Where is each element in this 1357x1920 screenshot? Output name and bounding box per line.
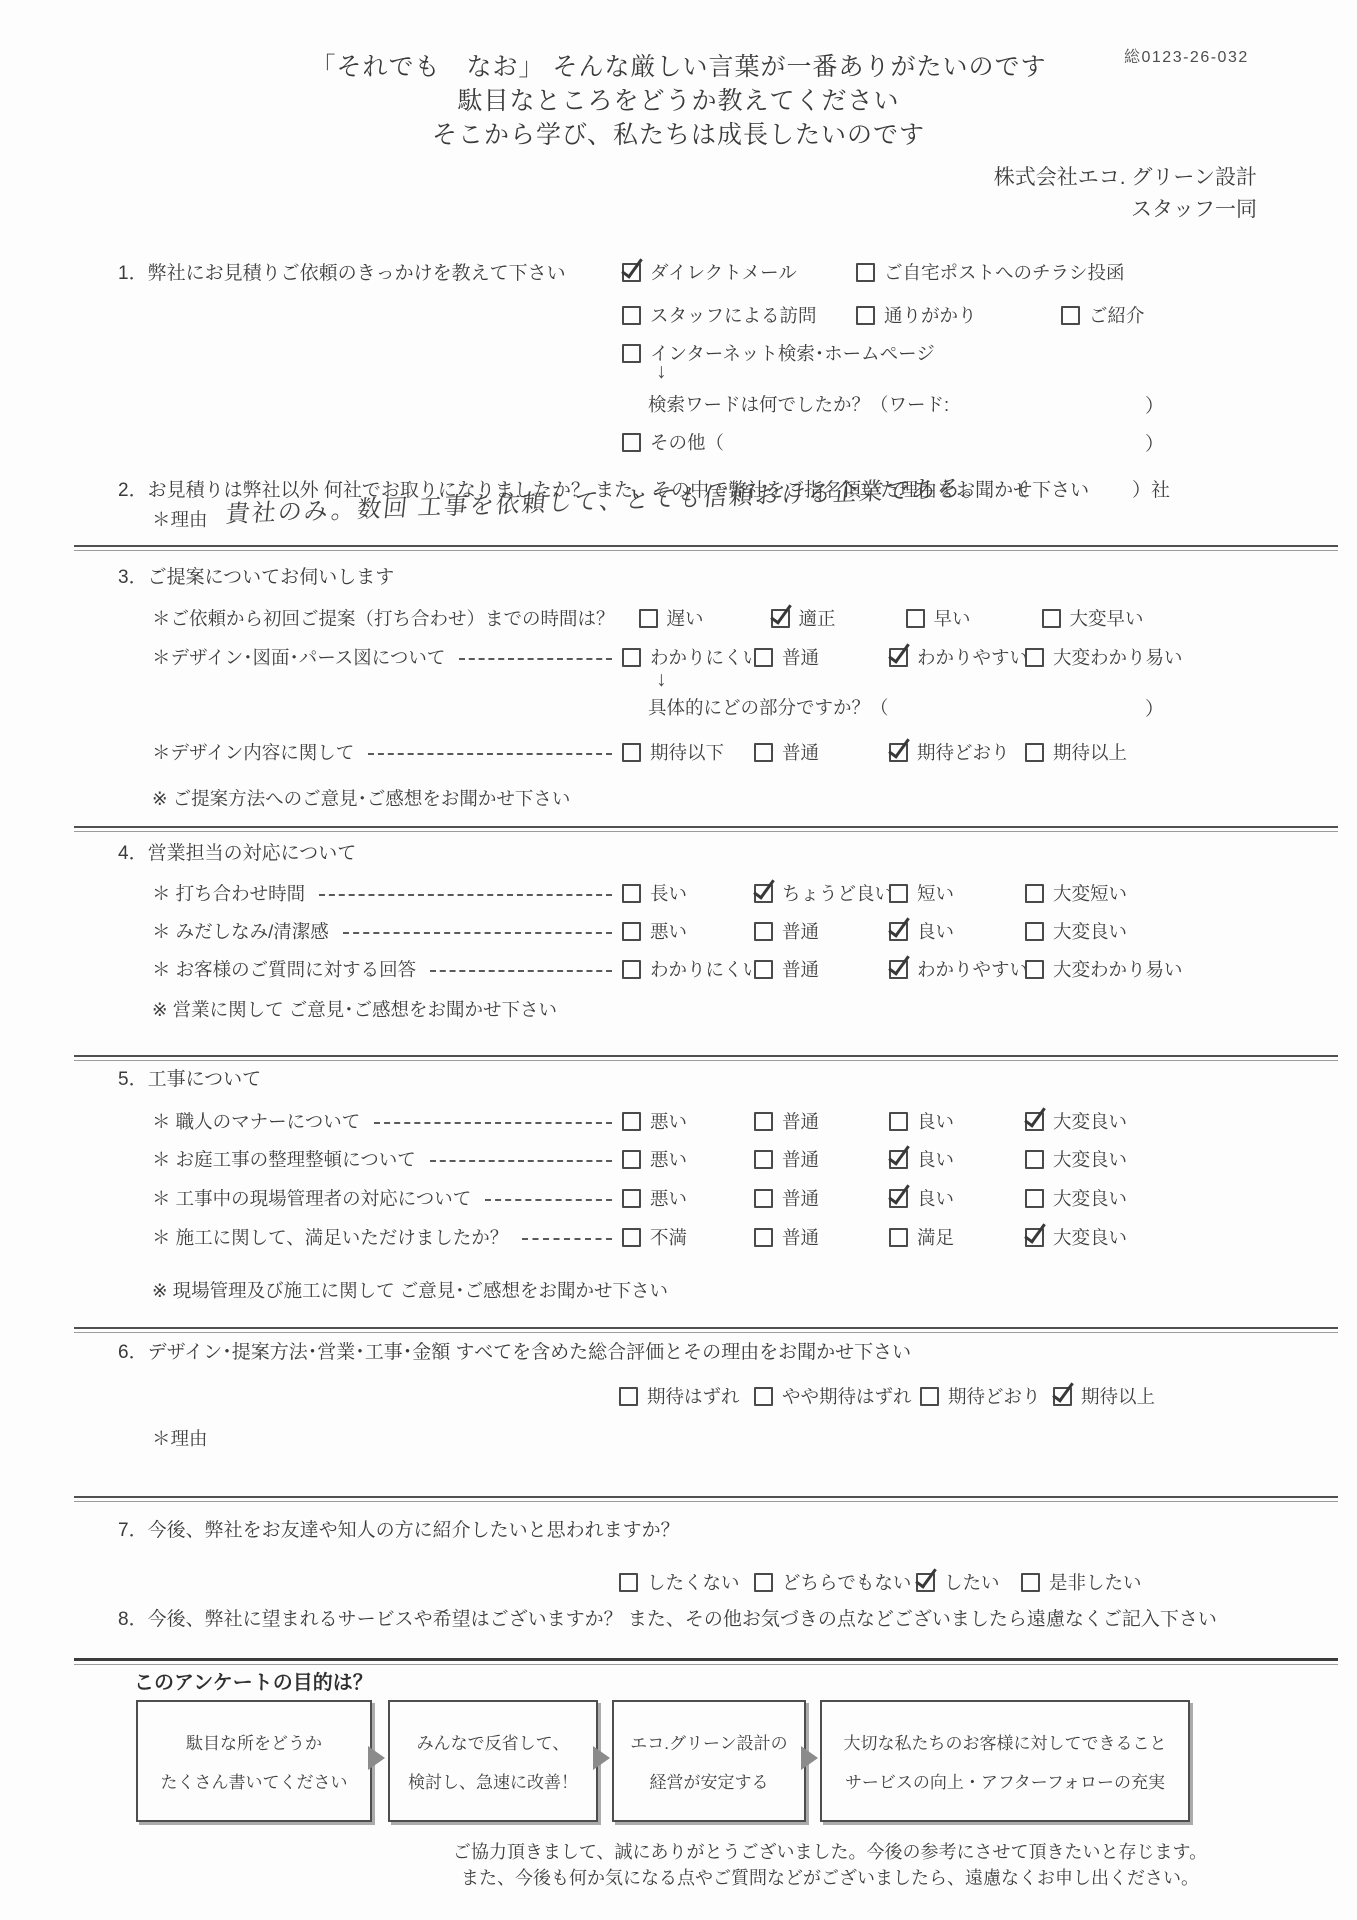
q5-r1-option-3[interactable]: 良い (889, 1108, 1025, 1134)
checkbox-icon[interactable] (622, 1112, 641, 1131)
checkbox-icon[interactable] (889, 743, 908, 762)
checkbox-icon[interactable] (754, 1387, 773, 1406)
option-label: 普通 (782, 956, 819, 982)
dotted-leader (522, 1226, 612, 1240)
q3-r1-option-2[interactable]: 適正 (771, 605, 906, 631)
dotted-leader (430, 958, 612, 972)
q8-title: 8．今後、弊社に望まれるサービスや希望はございますか？ また、その他お気づきの点… (118, 1604, 1217, 1631)
q3-detail-label: 具体的にどの部分ですか？（ (648, 694, 889, 720)
option-label: どちらでもない (782, 1569, 911, 1595)
row-label: ＊ 打ち合わせ時間 (152, 880, 305, 906)
checkbox-icon[interactable] (754, 1573, 773, 1592)
q3-r3-option-3[interactable]: 期待どおり (889, 739, 1025, 765)
checkbox-icon[interactable] (622, 344, 641, 363)
checkbox-icon[interactable] (1025, 743, 1044, 762)
dotted-leader (368, 741, 612, 755)
purpose-box-2: みんなで反省して、 検討し、急速に改善！ (388, 1700, 598, 1822)
flow-arrow-icon (801, 1746, 818, 1770)
survey-page: 総0123-26-032 「それでも なお」 そんな厳しい言葉が一番ありがたいの… (0, 0, 1357, 1920)
q4-r2-option-3[interactable]: 良い (889, 918, 1025, 944)
dotted-leader (319, 882, 612, 896)
option-label: 不満 (650, 1224, 687, 1250)
purpose-box-4-line-2: サービスの向上・アフターフォローの充実 (822, 1768, 1188, 1793)
checkbox-icon[interactable] (889, 960, 908, 979)
q3-r3-option-4[interactable]: 期待以上 (1025, 739, 1344, 765)
section-divider (74, 545, 1338, 551)
checkbox-icon[interactable] (754, 648, 773, 667)
purpose-title: このアンケートの目的は？ (134, 1666, 373, 1695)
option-label: わかりにくい (650, 644, 761, 670)
purpose-box-1-line-2: たくさん書いてください (138, 1768, 370, 1793)
checkbox-icon[interactable] (1021, 1573, 1040, 1592)
option-label: 大変良い (1053, 1146, 1127, 1172)
q7-title: 7．今後、弊社をお友達や知人の方に紹介したいと思われますか？ (118, 1515, 680, 1542)
q4-row-answers: ＊ お客様のご質問に対する回答 わかりにくい 普通 わかりやすい 大変わかり易い (152, 956, 1344, 982)
row-label: ＊ 職人のマナーについて (152, 1108, 360, 1134)
q5-r1-option-2[interactable]: 普通 (754, 1108, 889, 1134)
option-label: 遅い (667, 605, 704, 631)
q5-row-manners: ＊ 職人のマナーについて 悪い 普通 良い 大変良い (152, 1108, 1344, 1134)
q5-row-tidiness: ＊ お庭工事の整理整頓について 悪い 普通 良い 大変良い (152, 1146, 1344, 1172)
checkbox-icon[interactable] (622, 1228, 641, 1247)
q5-r4-option-4[interactable]: 大変良い (1025, 1224, 1344, 1250)
option-label: 期待以下 (650, 739, 724, 765)
q3-r1-option-3[interactable]: 早い (906, 605, 1042, 631)
purpose-box-3-line-1: エコ.グリーン設計の (614, 1729, 804, 1754)
row-label: ＊ みだしなみ/清潔感 (152, 918, 329, 944)
section-divider (74, 1327, 1338, 1333)
dotted-leader (430, 1148, 612, 1162)
q3-r1-option-4[interactable]: 大変早い (1042, 605, 1357, 631)
q6-option-1[interactable]: 期待はずれ (619, 1383, 754, 1409)
header-line-1: 「それでも なお」 そんな厳しい言葉が一番ありがたいのです (0, 50, 1357, 84)
q2-reason-label: ＊理由 (152, 506, 208, 532)
q3-r2-option-2[interactable]: 普通 (754, 644, 889, 670)
q4-r2-option-1[interactable]: 悪い (622, 918, 754, 944)
q4-r2-option-4[interactable]: 大変良い (1025, 918, 1344, 944)
q1-option-staff-visit[interactable]: スタッフによる訪問 (622, 302, 817, 328)
option-label: 普通 (782, 1146, 819, 1172)
q6-option-2[interactable]: やや期待はずれ (754, 1383, 920, 1409)
q6-title: 6．デザイン･提案方法･営業･工事･金額 すべてを含めた総合評価とその理由をお聞… (118, 1337, 911, 1364)
q3-row-design-drawings: ＊デザイン･図面･パース図について わかりにくい 普通 わかりやすい 大変わかり… (152, 644, 1344, 670)
q5-r3-option-3[interactable]: 良い (889, 1185, 1025, 1211)
option-label: 通りがかり (884, 302, 977, 328)
q1-other-blank[interactable]: ） (1145, 429, 1164, 456)
company-staff: スタッフ一同 (994, 194, 1257, 226)
option-label: 大変短い (1053, 880, 1127, 906)
option-label: 悪い (650, 1146, 687, 1172)
option-label: 大変良い (1053, 1108, 1127, 1134)
option-label: 普通 (782, 1224, 819, 1250)
q7-option-4[interactable]: 是非したい (1021, 1569, 1142, 1595)
checkbox-icon[interactable] (754, 1112, 773, 1131)
option-label: わかりやすい (917, 956, 1028, 982)
checkbox-icon[interactable] (754, 1150, 773, 1169)
q3-r2-option-3[interactable]: わかりやすい (889, 644, 1025, 670)
q4-title: 4．営業担当の対応について (118, 838, 356, 865)
q4-row-meeting-time: ＊ 打ち合わせ時間 長い ちょうど良い 短い 大変短い (152, 880, 1344, 906)
option-label: 早い (934, 605, 971, 631)
checkbox-icon[interactable] (754, 1228, 773, 1247)
q4-r3-option-2[interactable]: 普通 (754, 956, 889, 982)
checkbox-icon[interactable] (622, 1189, 641, 1208)
checkbox-icon[interactable] (754, 1189, 773, 1208)
down-arrow-icon: ↓ (656, 668, 667, 692)
option-label: ダイレクトメール (650, 259, 797, 285)
option-label: 良い (917, 1108, 954, 1134)
row-label: ＊ お客様のご質問に対する回答 (152, 956, 416, 982)
checkbox-icon[interactable] (619, 1573, 638, 1592)
checkbox-icon[interactable] (889, 1189, 908, 1208)
checkbox-icon[interactable] (856, 263, 875, 282)
option-label: ご紹介 (1089, 302, 1145, 328)
checkbox-icon[interactable] (622, 960, 641, 979)
dotted-leader (485, 1187, 612, 1201)
checkbox-icon[interactable] (1025, 1112, 1044, 1131)
q4-r1-option-4[interactable]: 大変短い (1025, 880, 1344, 906)
option-label: 普通 (782, 739, 819, 765)
option-label: やや期待はずれ (782, 1383, 912, 1409)
q5-title: 5．工事について (118, 1064, 261, 1091)
checkbox-icon[interactable] (754, 743, 773, 762)
option-label: インターネット検索･ホームページ (650, 340, 935, 366)
q4-r2-option-2[interactable]: 普通 (754, 918, 889, 944)
checkbox-icon[interactable] (622, 306, 641, 325)
checkbox-icon[interactable] (1025, 1189, 1044, 1208)
q5-r1-option-4[interactable]: 大変良い (1025, 1108, 1344, 1134)
checkbox-icon[interactable] (889, 648, 908, 667)
q1-option-other[interactable]: その他（ (622, 429, 724, 455)
option-label: したい (944, 1569, 1000, 1595)
purpose-box-2-line-2: 検討し、急速に改善！ (390, 1768, 596, 1793)
q5-r2-option-4[interactable]: 大変良い (1025, 1146, 1344, 1172)
header-line-2: 駄目なところをどうか教えてください (0, 84, 1357, 118)
q5-r4-option-3[interactable]: 満足 (889, 1224, 1025, 1250)
q4-row-grooming: ＊ みだしなみ/清潔感 悪い 普通 良い 大変良い (152, 918, 1344, 944)
checkbox-icon[interactable] (622, 433, 641, 452)
section-divider (74, 1658, 1338, 1665)
checkbox-icon[interactable] (622, 1150, 641, 1169)
q3-title: 3．ご提案についてお伺いします (118, 562, 394, 589)
purpose-box-3: エコ.グリーン設計の 経営が安定する (612, 1700, 806, 1822)
flow-arrow-icon (368, 1746, 385, 1770)
option-label: 長い (650, 880, 687, 906)
option-label: 是非したい (1049, 1569, 1142, 1595)
q7-option-3[interactable]: したい (916, 1569, 1021, 1595)
q5-r4-option-2[interactable]: 普通 (754, 1224, 889, 1250)
q5-r2-option-3[interactable]: 良い (889, 1146, 1025, 1172)
option-label: 期待はずれ (647, 1383, 740, 1409)
q4-r1-option-1[interactable]: 長い (622, 880, 754, 906)
q3-r2-option-1[interactable]: わかりにくい (622, 644, 754, 670)
q4-r3-option-1[interactable]: わかりにくい (622, 956, 754, 982)
checkbox-icon[interactable] (916, 1573, 935, 1592)
q5-r1-option-1[interactable]: 悪い (622, 1108, 754, 1134)
purpose-box-1-line-1: 駄目な所をどうか (138, 1729, 370, 1754)
row-label: ＊ お庭工事の整理整頓について (152, 1146, 416, 1172)
checkbox-icon[interactable] (1025, 1150, 1044, 1169)
row-label: ＊ご依頼から初回ご提案（打ち合わせ）までの時間は？ (152, 605, 615, 631)
checkbox-icon[interactable] (1061, 306, 1080, 325)
checkbox-icon[interactable] (622, 648, 641, 667)
purpose-box-2-line-1: みんなで反省して、 (390, 1729, 596, 1754)
q4-r1-option-3[interactable]: 短い (889, 880, 1025, 906)
q6-reason-label: ＊理由 (152, 1425, 208, 1451)
option-label: 悪い (650, 918, 687, 944)
q5-r3-option-4[interactable]: 大変良い (1025, 1185, 1344, 1211)
checkbox-icon[interactable] (771, 609, 790, 628)
option-label: わかりにくい (650, 956, 761, 982)
row-label: ＊デザイン内容に関して (152, 739, 354, 765)
q1-search-word-label: 検索ワードは何でしたか？（ワード: (648, 391, 949, 417)
checkbox-icon[interactable] (856, 306, 875, 325)
checkbox-icon[interactable] (639, 609, 658, 628)
q6-option-4[interactable]: 期待以上 (1053, 1383, 1155, 1409)
checkbox-icon[interactable] (622, 263, 641, 282)
checkbox-icon[interactable] (1042, 609, 1061, 628)
checkbox-icon[interactable] (754, 922, 773, 941)
option-label: 大変早い (1070, 605, 1144, 631)
checkbox-icon[interactable] (889, 922, 908, 941)
q6-options-row: 期待はずれ やや期待はずれ 期待どおり 期待以上 (619, 1383, 1155, 1409)
option-label: 大変良い (1053, 1185, 1127, 1211)
option-label: わかりやすい (917, 644, 1028, 670)
q4-r3-option-4[interactable]: 大変わかり易い (1025, 956, 1344, 982)
header-line-3: そこから学び、私たちは成長したいのです (0, 118, 1357, 152)
q5-r4-option-1[interactable]: 不満 (622, 1224, 754, 1250)
q1-option-passing-by[interactable]: 通りがかり (856, 302, 977, 328)
q4-note: ※ 営業に関して ご意見･ご感想をお聞かせ下さい (152, 996, 557, 1022)
q2-company-count-blank-close: ）社 (1132, 475, 1170, 502)
q5-row-construction-satisfaction: ＊ 施工に関して、満足いただけましたか？ 不満 普通 満足 大変良い (152, 1224, 1344, 1250)
q5-r3-option-1[interactable]: 悪い (622, 1185, 754, 1211)
footer-line-2: また、今後も何か気になる点やご質問などがございましたら、遠慮なくお申し出ください… (400, 1864, 1260, 1890)
option-label: 良い (917, 1146, 954, 1172)
q1-option-internet-search[interactable]: インターネット検索･ホームページ (622, 340, 935, 366)
q3-r3-option-1[interactable]: 期待以下 (622, 739, 754, 765)
q3-detail-blank[interactable]: ） (1145, 694, 1164, 721)
option-label: 良い (917, 1185, 954, 1211)
company-signature: 株式会社エコ. グリーン設計 スタッフ一同 (994, 162, 1257, 226)
q3-r1-option-1[interactable]: 遅い (639, 605, 771, 631)
q7-option-2[interactable]: どちらでもない (754, 1569, 916, 1595)
checkbox-icon[interactable] (622, 743, 641, 762)
q5-r3-option-2[interactable]: 普通 (754, 1185, 889, 1211)
checkbox-icon[interactable] (889, 1112, 908, 1131)
q6-option-3[interactable]: 期待どおり (920, 1383, 1053, 1409)
checkbox-icon[interactable] (1025, 884, 1044, 903)
dotted-leader (374, 1110, 612, 1124)
checkbox-icon[interactable] (1025, 960, 1044, 979)
q3-r2-option-4[interactable]: 大変わかり易い (1025, 644, 1344, 670)
checkbox-icon[interactable] (1025, 648, 1044, 667)
q4-r3-option-3[interactable]: わかりやすい (889, 956, 1025, 982)
option-label: 良い (917, 918, 954, 944)
q1-search-word-blank[interactable]: ） (1145, 391, 1164, 418)
option-label: その他（ (650, 429, 724, 455)
footer-line-1: ご協力頂きまして、誠にありがとうございました。今後の参考にさせて頂きたいと存じま… (400, 1838, 1260, 1864)
q7-option-1[interactable]: したくない (619, 1569, 754, 1595)
down-arrow-icon: ↓ (656, 360, 667, 384)
option-label: したくない (647, 1569, 740, 1595)
q5-r2-option-1[interactable]: 悪い (622, 1146, 754, 1172)
checkbox-icon[interactable] (889, 1228, 908, 1247)
dotted-leader (343, 920, 612, 934)
q5-row-site-manager: ＊ 工事中の現場管理者の対応について 悪い 普通 良い 大変良い (152, 1185, 1344, 1211)
row-label: ＊ 施工に関して、満足いただけましたか？ (152, 1224, 508, 1250)
q5-r2-option-2[interactable]: 普通 (754, 1146, 889, 1172)
q1-option-direct-mail[interactable]: ダイレクトメール (622, 259, 797, 285)
option-label: 期待どおり (917, 739, 1010, 765)
checkbox-icon[interactable] (1053, 1387, 1072, 1406)
option-label: 普通 (782, 1185, 819, 1211)
option-label: 普通 (782, 644, 819, 670)
purpose-box-3-line-2: 経営が安定する (614, 1768, 804, 1793)
checkbox-icon[interactable] (754, 960, 773, 979)
option-label: ちょうど良い (782, 880, 893, 906)
option-label: ご自宅ポストへのチラシ投函 (884, 259, 1125, 285)
flow-arrow-icon (593, 1746, 610, 1770)
checkbox-icon[interactable] (754, 884, 773, 903)
page-header: 「それでも なお」 そんな厳しい言葉が一番ありがたいのです 駄目なところをどうか… (0, 50, 1357, 152)
option-label: 大変わかり易い (1053, 644, 1183, 670)
q4-r1-option-2[interactable]: ちょうど良い (754, 880, 889, 906)
q1-option-mailbox-flyer[interactable]: ご自宅ポストへのチラシ投函 (856, 259, 1125, 285)
company-name: 株式会社エコ. グリーン設計 (994, 162, 1257, 194)
purpose-box-4: 大切な私たちのお客様に対してできること サービスの向上・アフターフォローの充実 (820, 1700, 1190, 1822)
section-divider (74, 826, 1338, 832)
q7-options-row: したくない どちらでもない したい 是非したい (619, 1569, 1142, 1595)
option-label: 期待どおり (948, 1383, 1041, 1409)
dotted-leader (459, 646, 612, 660)
checkbox-icon[interactable] (920, 1387, 939, 1406)
option-label: 悪い (650, 1185, 687, 1211)
option-label: 短い (917, 880, 954, 906)
row-label: ＊デザイン･図面･パース図について (152, 644, 445, 670)
q3-note: ※ ご提案方法へのご意見･ご感想をお聞かせ下さい (152, 785, 570, 811)
checkbox-icon[interactable] (1025, 922, 1044, 941)
checkbox-icon[interactable] (889, 1150, 908, 1169)
purpose-box-4-line-1: 大切な私たちのお客様に対してできること (822, 1729, 1188, 1754)
checkbox-icon[interactable] (1025, 1228, 1044, 1247)
option-label: スタッフによる訪問 (650, 302, 817, 328)
q3-row-design-content: ＊デザイン内容に関して 期待以下 普通 期待どおり 期待以上 (152, 739, 1344, 765)
checkbox-icon[interactable] (906, 609, 925, 628)
q5-note: ※ 現場管理及び施工に関して ご意見･ご感想をお聞かせ下さい (152, 1277, 668, 1303)
option-label: 期待以上 (1053, 739, 1127, 765)
q1-option-referral[interactable]: ご紹介 (1061, 302, 1145, 328)
q3-row-response-time: ＊ご依頼から初回ご提案（打ち合わせ）までの時間は？ 遅い 適正 早い 大変早い (152, 605, 1344, 631)
section-divider (74, 1496, 1338, 1502)
option-label: 普通 (782, 918, 819, 944)
option-label: 大変良い (1053, 918, 1127, 944)
checkbox-icon[interactable] (889, 884, 908, 903)
q1-title: 1．弊社にお見積りご依頼のきっかけを教えて下さい (118, 258, 566, 285)
option-label: 満足 (917, 1224, 954, 1250)
option-label: 大変わかり易い (1053, 956, 1183, 982)
row-label: ＊ 工事中の現場管理者の対応について (152, 1185, 471, 1211)
q2-company-count-blank-open[interactable]: （ (1008, 475, 1027, 502)
q3-r3-option-2[interactable]: 普通 (754, 739, 889, 765)
checkbox-icon[interactable] (619, 1387, 638, 1406)
option-label: 期待以上 (1081, 1383, 1155, 1409)
checkbox-icon[interactable] (622, 922, 641, 941)
option-label: 大変良い (1053, 1224, 1127, 1250)
section-divider (74, 1055, 1338, 1061)
option-label: 悪い (650, 1108, 687, 1134)
purpose-box-1: 駄目な所をどうか たくさん書いてください (136, 1700, 372, 1822)
option-label: 適正 (799, 605, 836, 631)
checkbox-icon[interactable] (622, 884, 641, 903)
option-label: 普通 (782, 1108, 819, 1134)
